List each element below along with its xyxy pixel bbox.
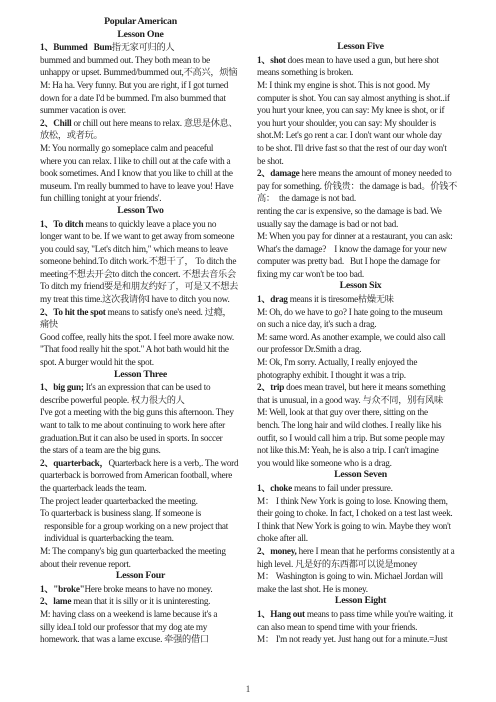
text-run: their going to choke. In fact, I choked … bbox=[257, 508, 452, 518]
text-line bbox=[257, 29, 464, 42]
text-run: on such a nice day, it's such a drag. bbox=[257, 319, 376, 329]
text-line: quarterback is borrowed from American fo… bbox=[40, 469, 241, 482]
text-run: be shot. bbox=[257, 156, 284, 166]
text-run: about their revenue report. bbox=[40, 559, 131, 569]
text-run: want to talk to me about continuing to w… bbox=[40, 420, 225, 430]
text-run: Quarterback here is a verb,. The word bbox=[108, 458, 238, 468]
text-run: 1、drag bbox=[257, 294, 288, 304]
text-line: photography exhibit. I thought it was a … bbox=[257, 369, 464, 382]
text-run: computer is shot. You can say almost any… bbox=[257, 93, 450, 103]
text-line: fun chilling tonight at your friends'. bbox=[40, 192, 241, 205]
heading-line: Lesson Eight bbox=[257, 595, 464, 608]
text-run: individual is quarterbacking the team. bbox=[40, 533, 174, 543]
text-run: means something is broken. bbox=[257, 67, 353, 77]
text-run: M: Ha ha. Very funny. But you are right,… bbox=[40, 80, 228, 90]
text-run: 2、lame bbox=[40, 596, 71, 606]
heading-line: Lesson Two bbox=[40, 205, 241, 218]
heading-line: Lesson Three bbox=[40, 369, 241, 382]
text-run: M: The company's big gun quarterbacked t… bbox=[40, 546, 226, 556]
text-line: 1、Bummed Bum指无家可归的人 bbox=[40, 41, 241, 54]
text-line: pay for something. 价钱贵：the damage is bad… bbox=[257, 180, 464, 193]
text-run: M: You normally go someplace calm and pe… bbox=[40, 143, 213, 153]
text-run: 1、choke bbox=[257, 483, 292, 493]
text-line: 放松，或者玩。 bbox=[40, 129, 241, 142]
text-run: summer vacation is over. bbox=[40, 105, 126, 115]
text-line bbox=[257, 16, 464, 29]
text-run: 1、big gun; bbox=[40, 382, 84, 392]
text-run: can also mean to spend time with your fr… bbox=[257, 622, 417, 632]
text-run: 1、"broke" bbox=[40, 584, 85, 594]
text-line: renting the car is expensive, so the dam… bbox=[257, 205, 464, 218]
text-line: Good coffee, really hits the spot. I fee… bbox=[40, 331, 241, 344]
text-line: spot. A burger would hit the spot. bbox=[40, 356, 241, 369]
text-line: want to talk to me about continuing to w… bbox=[40, 419, 241, 432]
text-line: M: having class on a weekend is lame bec… bbox=[40, 608, 241, 621]
text-run: I think that New York is going to win. M… bbox=[257, 521, 451, 531]
text-run: Lesson Six bbox=[340, 280, 382, 291]
text-line: 1、big gun; It's an expression that can b… bbox=[40, 381, 241, 394]
text-run: 2、money, bbox=[257, 546, 297, 556]
text-run: book sometimes. And I know that you like… bbox=[40, 168, 233, 178]
text-line: 1、shot does mean to have used a gun, but… bbox=[257, 54, 464, 67]
text-run: 痛快 bbox=[40, 319, 58, 329]
text-line: you would like someone who is a drag. bbox=[257, 457, 464, 470]
text-line: 1、"broke"Here broke means to have no mon… bbox=[40, 583, 241, 596]
text-run: photography exhibit. I thought it was a … bbox=[257, 370, 406, 380]
text-run: you hurt your shoulder, you can say: My … bbox=[257, 118, 436, 128]
text-run: Lesson Two bbox=[117, 205, 163, 216]
text-run: meeting不想去开会to ditch the concert. 不想去音乐会 bbox=[40, 269, 236, 279]
text-line: usually say the damage is bad or not bad… bbox=[257, 218, 464, 231]
text-line: M: You normally go someplace calm and pe… bbox=[40, 142, 241, 155]
text-line: outfit, so I would call him a trip. But … bbox=[257, 432, 464, 445]
text-line: on such a nice day, it's such a drag. bbox=[257, 318, 464, 331]
text-run: mean that it is silly or it is uninteres… bbox=[71, 596, 210, 606]
text-run: 2、quarterback， bbox=[40, 458, 108, 468]
document-page: Popular AmericanLesson One1、Bummed Bum指无… bbox=[0, 0, 496, 702]
text-line: means something is broken. bbox=[257, 66, 464, 79]
text-line: responsible for a group working on a new… bbox=[40, 520, 241, 533]
text-run: quarterback is borrowed from American fo… bbox=[40, 470, 232, 480]
text-run: spot. A burger would hit the spot. bbox=[40, 357, 154, 367]
text-line: museum. I'm really bummed to have to lea… bbox=[40, 180, 241, 193]
text-run: The project leader quarterbacked the mee… bbox=[40, 496, 198, 506]
text-run: Lesson Four bbox=[116, 570, 165, 581]
text-run: M: I think my engine is shot. This is no… bbox=[257, 80, 430, 90]
text-run: Here broke means to have no money. bbox=[85, 584, 213, 594]
text-line: computer was pretty bad. But I hope the … bbox=[257, 255, 464, 268]
text-line: I think that New York is going to win. M… bbox=[257, 520, 464, 533]
text-run: down for a date I'd be bummed. I'm also … bbox=[40, 93, 226, 103]
text-run: or chill out here means to relax. 意思是休息、 bbox=[71, 118, 237, 128]
text-run: 指无家可归的人 bbox=[112, 42, 175, 52]
text-run: you hurt your knee, you can say: My knee… bbox=[257, 105, 444, 115]
text-line: my treat this time.这次我请你I have to ditch … bbox=[40, 293, 241, 306]
text-run: "That food really hit the spot." A hot b… bbox=[40, 344, 229, 354]
text-run: longer want to be. If we want to get awa… bbox=[40, 231, 234, 241]
text-run: means to fail under pressure. bbox=[292, 483, 393, 493]
text-run: not like this.M: Yeah, he is also a trip… bbox=[257, 445, 439, 455]
text-line: M: same word. As another example, we cou… bbox=[257, 331, 464, 344]
text-run: fixing my car won't be too bad. bbox=[257, 269, 364, 279]
text-run: fun chilling tonight at your friends'. bbox=[40, 193, 161, 203]
text-run: does mean to have used a gun, but here s… bbox=[286, 55, 439, 65]
text-run: M： Washington is going to win. Michael J… bbox=[257, 571, 443, 581]
text-line: graduation.But it can also be used in sp… bbox=[40, 432, 241, 445]
text-run: high level. 凡是好的东西都可以说是money bbox=[257, 559, 417, 569]
text-line: 1、Hang out means to pass time while you'… bbox=[257, 608, 464, 621]
text-run: means to quickly leave a place you no bbox=[83, 219, 216, 229]
text-run: usually say the damage is bad or not bad… bbox=[257, 219, 398, 229]
text-line: computer is shot. You can say almost any… bbox=[257, 92, 464, 105]
text-line: 2、Chill or chill out here means to relax… bbox=[40, 117, 241, 130]
text-line: M: Oh, do we have to go? I hate going to… bbox=[257, 306, 464, 319]
heading-line: Lesson Seven bbox=[257, 469, 464, 482]
text-run: Lesson One bbox=[117, 29, 163, 40]
text-line: M: Ok, I'm sorry. Actually, I really enj… bbox=[257, 356, 464, 369]
heading-line: Lesson Six bbox=[257, 280, 464, 293]
text-run: means to pass time while you're waiting.… bbox=[305, 609, 453, 619]
text-line: 2、quarterback，Quarterback here is a verb… bbox=[40, 457, 241, 470]
text-run: bench. The long hair and wild clothes. I… bbox=[257, 420, 441, 430]
text-run: means it is tiresome枯燥无味 bbox=[288, 294, 394, 304]
text-run: 2、To hit the spot bbox=[40, 307, 106, 317]
text-line: you could say, "Let's ditch him," which … bbox=[40, 243, 241, 256]
text-line: individual is quarterbacking the team. bbox=[40, 532, 241, 545]
text-line: describe powerful people. 权力很大的人 bbox=[40, 394, 241, 407]
text-run: describe powerful people. 权力很大的人 bbox=[40, 395, 185, 405]
text-run: unhappy or upset. Bummed/bummed out,不高兴，… bbox=[40, 67, 237, 77]
text-run: you would like someone who is a drag. bbox=[257, 458, 392, 468]
text-run: Popular American bbox=[104, 16, 177, 27]
text-line: their going to choke. In fact, I choked … bbox=[257, 507, 464, 520]
text-run: M: having class on a weekend is lame bec… bbox=[40, 609, 217, 619]
text-run: M: Oh, do we have to go? I hate going to… bbox=[257, 307, 443, 317]
text-run: M： I think New York is going to lose. Kn… bbox=[257, 496, 448, 506]
text-run: someone behind.To ditch work.不想干了， To di… bbox=[40, 256, 236, 266]
text-run: 1、To ditch bbox=[40, 219, 83, 229]
text-run: means to satisfy one's need. 过瘾， bbox=[106, 307, 232, 317]
text-line: M: I think my engine is shot. This is no… bbox=[257, 79, 464, 92]
text-run: M: Well, look at that guy over there, si… bbox=[257, 407, 428, 417]
text-run: you could say, "Let's ditch him," which … bbox=[40, 244, 228, 254]
text-run: does mean travel, but here it means some… bbox=[284, 382, 445, 392]
text-line: M: Well, look at that guy over there, si… bbox=[257, 406, 464, 419]
text-line: M: When you pay for dinner at a restaura… bbox=[257, 230, 464, 243]
text-line: 痛快 bbox=[40, 318, 241, 331]
text-line: high level. 凡是好的东西都可以说是money bbox=[257, 558, 464, 571]
column-left: Popular AmericanLesson One1、Bummed Bum指无… bbox=[40, 16, 241, 646]
text-run: Lesson Eight bbox=[335, 595, 386, 606]
text-line: 1、choke means to fail under pressure. bbox=[257, 482, 464, 495]
text-line: bench. The long hair and wild clothes. I… bbox=[257, 419, 464, 432]
text-run: shot.M: Let's go rent a car. I don't wan… bbox=[257, 130, 442, 140]
text-run: here means the amount of money needed to bbox=[299, 168, 451, 178]
text-line: longer want to be. If we want to get awa… bbox=[40, 230, 241, 243]
heading-line: Lesson Five bbox=[257, 41, 464, 54]
text-line: choke after all. bbox=[257, 532, 464, 545]
text-run: M： I'm not ready yet. Just hang out for … bbox=[257, 634, 447, 644]
text-run: silly idea.I told our professor that my … bbox=[40, 622, 207, 632]
text-line: 2、lame mean that it is silly or it is un… bbox=[40, 595, 241, 608]
text-line: M： I think New York is going to lose. Kn… bbox=[257, 495, 464, 508]
text-line: book sometimes. And I know that you like… bbox=[40, 167, 241, 180]
text-run: 高： the damage is not bad. bbox=[257, 193, 356, 203]
text-line: not like this.M: Yeah, he is also a trip… bbox=[257, 444, 464, 457]
text-run: responsible for a group working on a new… bbox=[40, 521, 228, 531]
text-line: To quarterback is business slang. If som… bbox=[40, 507, 241, 520]
text-run: 2、trip bbox=[257, 382, 284, 392]
text-run: What's the damage? I know the damage for… bbox=[257, 244, 447, 254]
text-line: 1、To ditch means to quickly leave a plac… bbox=[40, 218, 241, 231]
text-line: the stars of a team are the big guns. bbox=[40, 444, 241, 457]
text-line: unhappy or upset. Bummed/bummed out,不高兴，… bbox=[40, 66, 241, 79]
text-run: To ditch my friend要是和朋友约好了，可是又不想去 bbox=[40, 281, 238, 291]
text-run: Good coffee, really hits the spot. I fee… bbox=[40, 332, 234, 342]
page-number: 1 bbox=[0, 684, 496, 694]
text-run: computer was pretty bad. But I hope the … bbox=[257, 256, 440, 266]
text-run: M: same word. As another example, we cou… bbox=[257, 332, 445, 342]
text-line: I've got a meeting with the big guns thi… bbox=[40, 406, 241, 419]
text-line: M: The company's big gun quarterbacked t… bbox=[40, 545, 241, 558]
column-right: Lesson Five1、shot does mean to have used… bbox=[257, 16, 464, 646]
text-run: 放松，或者玩。 bbox=[40, 130, 103, 140]
text-line: 高： the damage is not bad. bbox=[257, 192, 464, 205]
text-line: about their revenue report. bbox=[40, 558, 241, 571]
text-run: that is unusual, in a good way. 与众不同，别有风… bbox=[257, 395, 443, 405]
text-run: pay for something. 价钱贵：the damage is bad… bbox=[257, 181, 457, 191]
text-run: Lesson Five bbox=[337, 41, 384, 52]
text-run: here I mean that he performs consistentl… bbox=[297, 546, 455, 556]
text-run: to be shot. I'll drive fast so that the … bbox=[257, 143, 447, 153]
heading-line: Lesson Four bbox=[40, 570, 241, 583]
text-run: our professor Dr.Smith a drag. bbox=[257, 344, 361, 354]
text-line: bummed and bummed out. They both mean to… bbox=[40, 54, 241, 67]
text-line: "That food really hit the spot." A hot b… bbox=[40, 343, 241, 356]
text-line: you hurt your shoulder, you can say: My … bbox=[257, 117, 464, 130]
text-run: Lesson Three bbox=[114, 369, 167, 380]
text-line: summer vacation is over. bbox=[40, 104, 241, 117]
text-line: to be shot. I'll drive fast so that the … bbox=[257, 142, 464, 155]
two-column-layout: Popular AmericanLesson One1、Bummed Bum指无… bbox=[0, 0, 496, 646]
text-run: my treat this time.这次我请你I have to ditch … bbox=[40, 294, 230, 304]
text-run: make the last shot. He is money. bbox=[257, 584, 368, 594]
text-line: meeting不想去开会to ditch the concert. 不想去音乐会 bbox=[40, 268, 241, 281]
text-run: To quarterback is business slang. If som… bbox=[40, 508, 201, 518]
text-line: M： Washington is going to win. Michael J… bbox=[257, 570, 464, 583]
heading-line: Lesson One bbox=[40, 29, 241, 42]
text-line: To ditch my friend要是和朋友约好了，可是又不想去 bbox=[40, 280, 241, 293]
text-run: homework. that was a lame excuse. 牵强的借口 bbox=[40, 634, 209, 644]
text-line: can also mean to spend time with your fr… bbox=[257, 621, 464, 634]
text-line: where you can relax. I like to chill out… bbox=[40, 155, 241, 168]
text-run: M: Ok, I'm sorry. Actually, I really enj… bbox=[257, 357, 417, 367]
text-line: down for a date I'd be bummed. I'm also … bbox=[40, 92, 241, 105]
text-run: renting the car is expensive, so the dam… bbox=[257, 206, 442, 216]
text-run: choke after all. bbox=[257, 533, 308, 543]
text-run: Lesson Seven bbox=[334, 469, 387, 480]
text-line: M: Ha ha. Very funny. But you are right,… bbox=[40, 79, 241, 92]
text-line: 1、drag means it is tiresome枯燥无味 bbox=[257, 293, 464, 306]
text-run: I've got a meeting with the big guns thi… bbox=[40, 407, 234, 417]
text-run: bummed and bummed out. They both mean to… bbox=[40, 55, 210, 65]
text-line: 2、trip does mean travel, but here it mea… bbox=[257, 381, 464, 394]
text-line: someone behind.To ditch work.不想干了， To di… bbox=[40, 255, 241, 268]
text-run: where you can relax. I like to chill out… bbox=[40, 156, 230, 166]
text-line: fixing my car won't be too bad. bbox=[257, 268, 464, 281]
text-line: our professor Dr.Smith a drag. bbox=[257, 343, 464, 356]
text-run: 1、shot bbox=[257, 55, 286, 65]
text-line: make the last shot. He is money. bbox=[257, 583, 464, 596]
text-run: outfit, so I would call him a trip. But … bbox=[257, 433, 445, 443]
text-line: silly idea.I told our professor that my … bbox=[40, 621, 241, 634]
text-line: 2、damage here means the amount of money … bbox=[257, 167, 464, 180]
text-line: the quarterback leads the team. bbox=[40, 482, 241, 495]
text-run: 1、Bummed Bum bbox=[40, 42, 112, 52]
text-run: It's an expression that can be used to bbox=[84, 382, 211, 392]
text-line: you hurt your knee, you can say: My knee… bbox=[257, 104, 464, 117]
text-line: be shot. bbox=[257, 155, 464, 168]
text-run: M: When you pay for dinner at a restaura… bbox=[257, 231, 453, 241]
text-line: 2、money, here I mean that he performs co… bbox=[257, 545, 464, 558]
text-run: 2、Chill bbox=[40, 118, 71, 128]
text-run: 1、Hang out bbox=[257, 609, 305, 619]
text-run: museum. I'm really bummed to have to lea… bbox=[40, 181, 233, 191]
text-run: graduation.But it can also be used in sp… bbox=[40, 433, 222, 443]
text-run: the stars of a team are the big guns. bbox=[40, 445, 161, 455]
text-run: the quarterback leads the team. bbox=[40, 483, 146, 493]
text-line: that is unusual, in a good way. 与众不同，别有风… bbox=[257, 394, 464, 407]
text-line: What's the damage? I know the damage for… bbox=[257, 243, 464, 256]
text-line: 2、To hit the spot means to satisfy one's… bbox=[40, 306, 241, 319]
text-line: M： I'm not ready yet. Just hang out for … bbox=[257, 633, 464, 646]
text-line: homework. that was a lame excuse. 牵强的借口 bbox=[40, 633, 241, 646]
text-line: shot.M: Let's go rent a car. I don't wan… bbox=[257, 129, 464, 142]
text-line: The project leader quarterbacked the mee… bbox=[40, 495, 241, 508]
heading-line: Popular American bbox=[40, 16, 241, 29]
text-run: 2、damage bbox=[257, 168, 299, 178]
